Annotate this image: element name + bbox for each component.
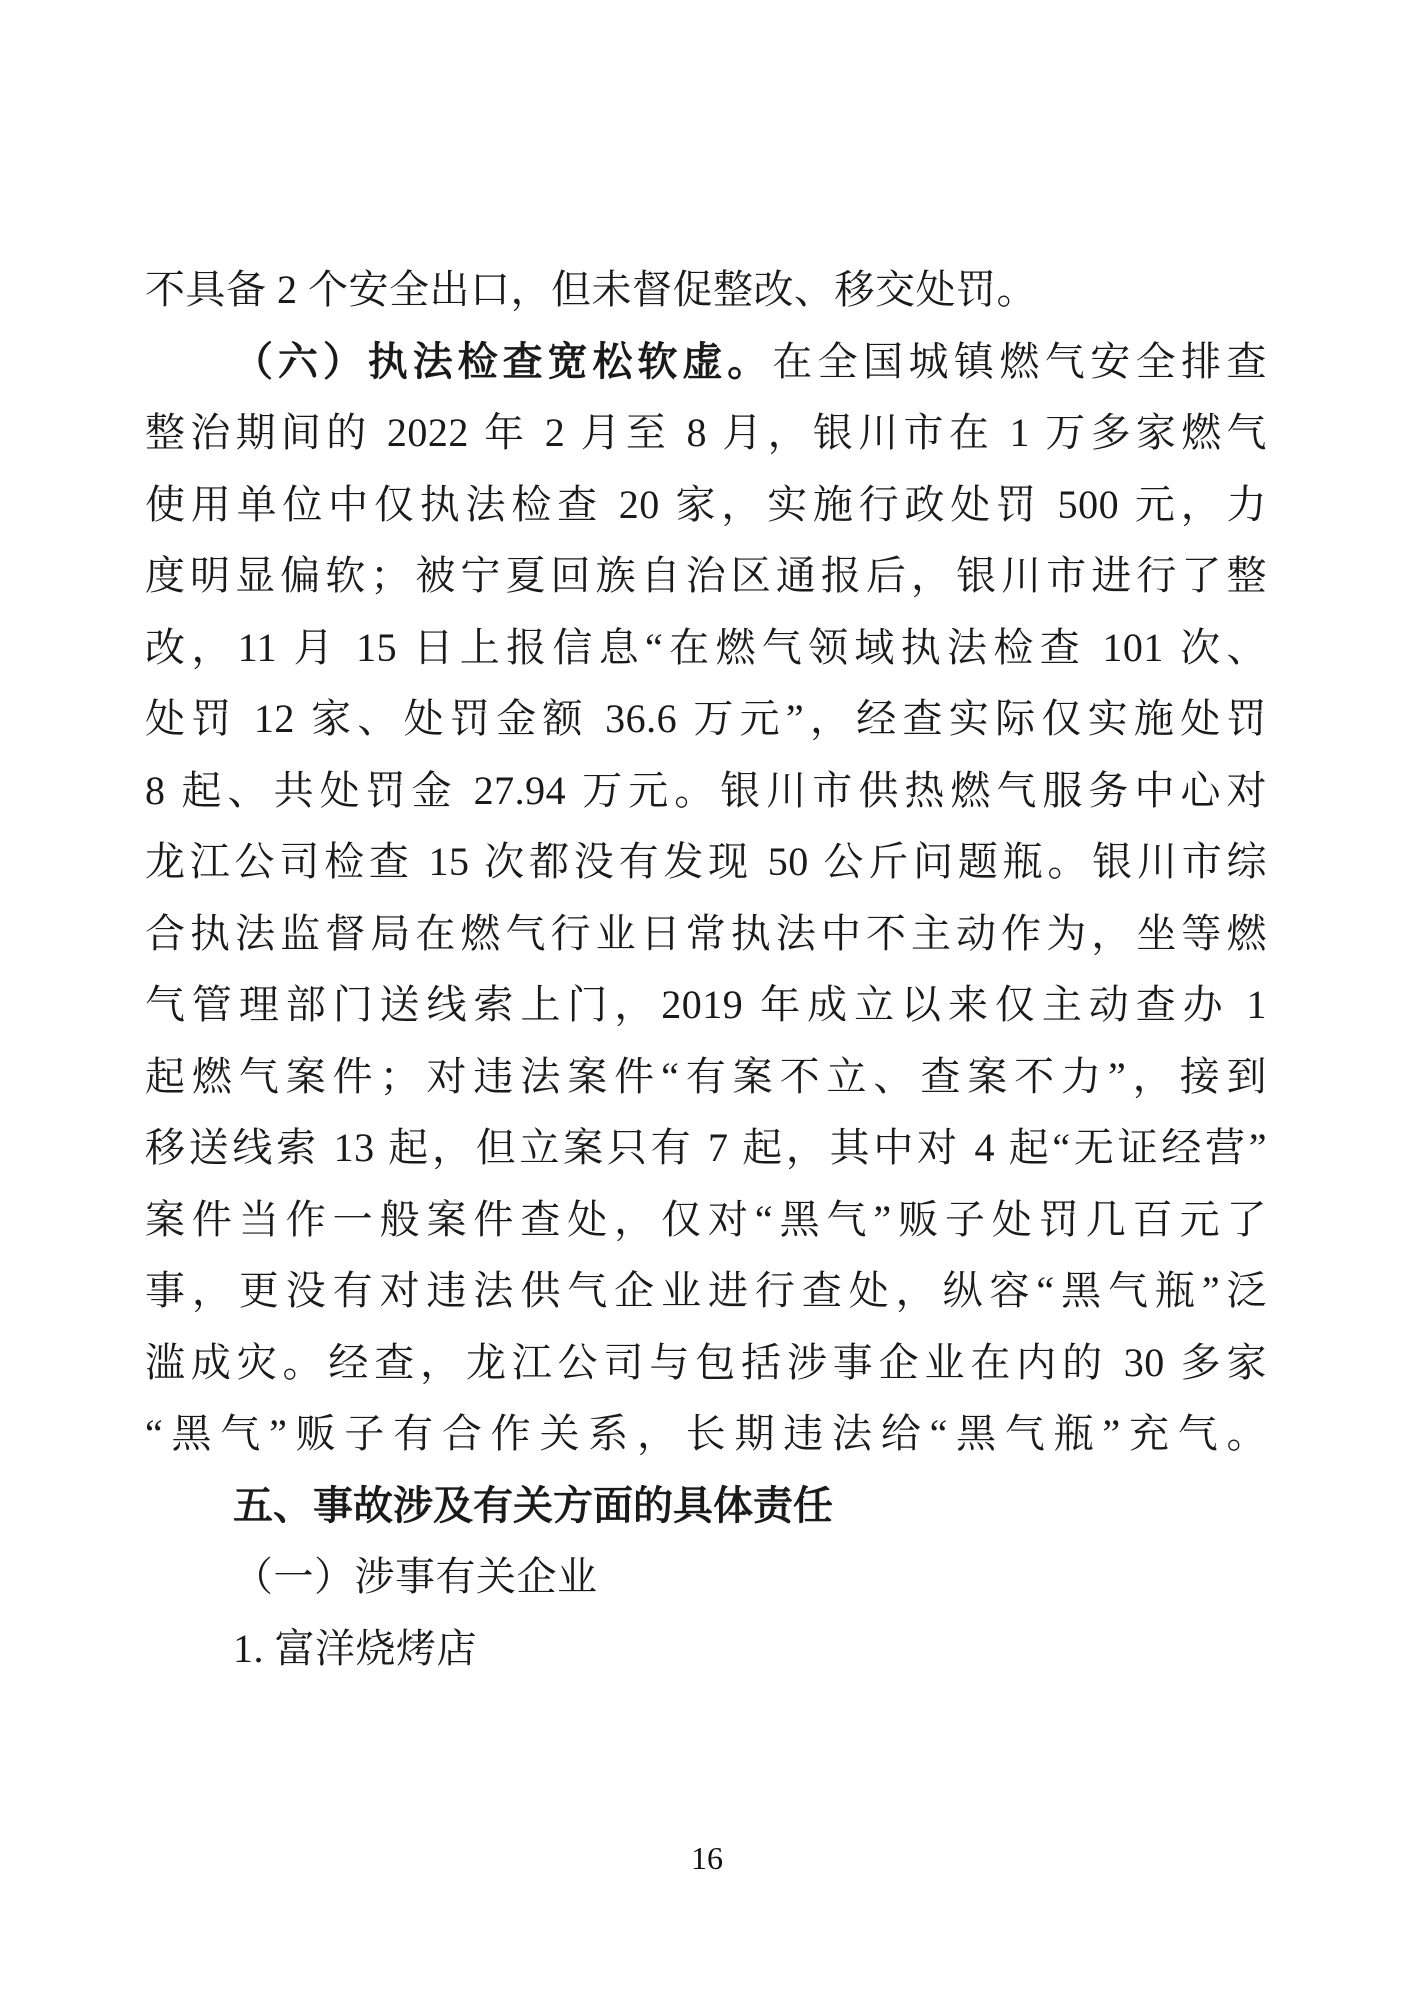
body-text: 滥成灾。经查，龙江公司与包括涉事企业在内的 30 多家	[145, 1340, 1267, 1385]
body-text: “黑气”贩子有合作关系，长期违法给“黑气瓶”充气。	[145, 1411, 1267, 1456]
text-line: 事，更没有对违法供气企业进行查处，纵容“黑气瓶”泛	[145, 1255, 1267, 1327]
body-text: 度明显偏软；被宁夏回族自治区通报后，银川市进行了整	[145, 553, 1267, 598]
text-line: 处罚 12 家、处罚金额 36.6 万元”，经查实际仅实施处罚	[145, 683, 1267, 755]
subsection-heading: （六）执法检查宽松软虚。	[233, 340, 772, 384]
section-heading-line: 五、事故涉及有关方面的具体责任	[145, 1470, 1267, 1542]
text-line: 度明显偏软；被宁夏回族自治区通报后，银川市进行了整	[145, 540, 1267, 612]
text-line: 8 起、共处罚金 27.94 万元。银川市供热燃气服务中心对	[145, 755, 1267, 827]
text-line: 改，11 月 15 日上报信息“在燃气领域执法检查 101 次、	[145, 612, 1267, 684]
text-line: （六）执法检查宽松软虚。在全国城镇燃气安全排查	[145, 326, 1267, 398]
body-text: 事，更没有对违法供气企业进行查处，纵容“黑气瓶”泛	[145, 1268, 1267, 1313]
text-line: 气管理部门送线索上门，2019 年成立以来仅主动查办 1	[145, 969, 1267, 1041]
text-line: 龙江公司检查 15 次都没有发现 50 公斤问题瓶。银川市综	[145, 826, 1267, 898]
subsection-line: （一）涉事有关企业	[145, 1541, 1267, 1613]
text-line: 使用单位中仅执法检查 20 家，实施行政处罚 500 元，力	[145, 469, 1267, 541]
body-text: 移送线索 13 起，但立案只有 7 起，其中对 4 起“无证经营”	[145, 1125, 1267, 1170]
page-number: 16	[0, 1838, 1414, 1878]
text-line: 合执法监督局在燃气行业日常执法中不主动作为，坐等燃	[145, 898, 1267, 970]
body-text: 8 起、共处罚金 27.94 万元。银川市供热燃气服务中心对	[145, 768, 1267, 813]
subsection-title: （一）涉事有关企业	[233, 1554, 598, 1599]
body-text: 案件当作一般案件查处，仅对“黑气”贩子处罚几百元了	[145, 1197, 1267, 1242]
text-line: 滥成灾。经查，龙江公司与包括涉事企业在内的 30 多家	[145, 1327, 1267, 1399]
text-line: 案件当作一般案件查处，仅对“黑气”贩子处罚几百元了	[145, 1184, 1267, 1256]
body-text: 不具备 2 个安全出口，但未督促整改、移交处罚。	[145, 267, 1037, 312]
numbered-item-line: 1. 富洋烧烤店	[145, 1613, 1267, 1685]
document-body: 不具备 2 个安全出口，但未督促整改、移交处罚。 （六）执法检查宽松软虚。在全国…	[145, 254, 1267, 1684]
body-text: 使用单位中仅执法检查 20 家，实施行政处罚 500 元，力	[145, 482, 1267, 527]
text-line: “黑气”贩子有合作关系，长期违法给“黑气瓶”充气。	[145, 1398, 1267, 1470]
body-text: 龙江公司检查 15 次都没有发现 50 公斤问题瓶。银川市综	[145, 839, 1267, 884]
body-text: 整治期间的 2022 年 2 月至 8 月，银川市在 1 万多家燃气	[145, 410, 1267, 455]
body-text: 合执法监督局在燃气行业日常执法中不主动作为，坐等燃	[145, 911, 1267, 956]
text-line: 起燃气案件；对违法案件“有案不立、查案不力”，接到	[145, 1041, 1267, 1113]
text-line: 移送线索 13 起，但立案只有 7 起，其中对 4 起“无证经营”	[145, 1112, 1267, 1184]
text-line: 整治期间的 2022 年 2 月至 8 月，银川市在 1 万多家燃气	[145, 397, 1267, 469]
body-text: 在全国城镇燃气安全排查	[772, 339, 1267, 384]
text-line: 不具备 2 个安全出口，但未督促整改、移交处罚。	[145, 254, 1267, 326]
numbered-item: 1. 富洋烧烤店	[233, 1626, 477, 1671]
body-text: 气管理部门送线索上门，2019 年成立以来仅主动查办 1	[145, 982, 1267, 1027]
section-heading: 五、事故涉及有关方面的具体责任	[233, 1484, 833, 1528]
body-text: 改，11 月 15 日上报信息“在燃气领域执法检查 101 次、	[145, 625, 1267, 670]
body-text: 起燃气案件；对违法案件“有案不立、查案不力”，接到	[145, 1054, 1267, 1099]
body-text: 处罚 12 家、处罚金额 36.6 万元”，经查实际仅实施处罚	[145, 696, 1267, 741]
